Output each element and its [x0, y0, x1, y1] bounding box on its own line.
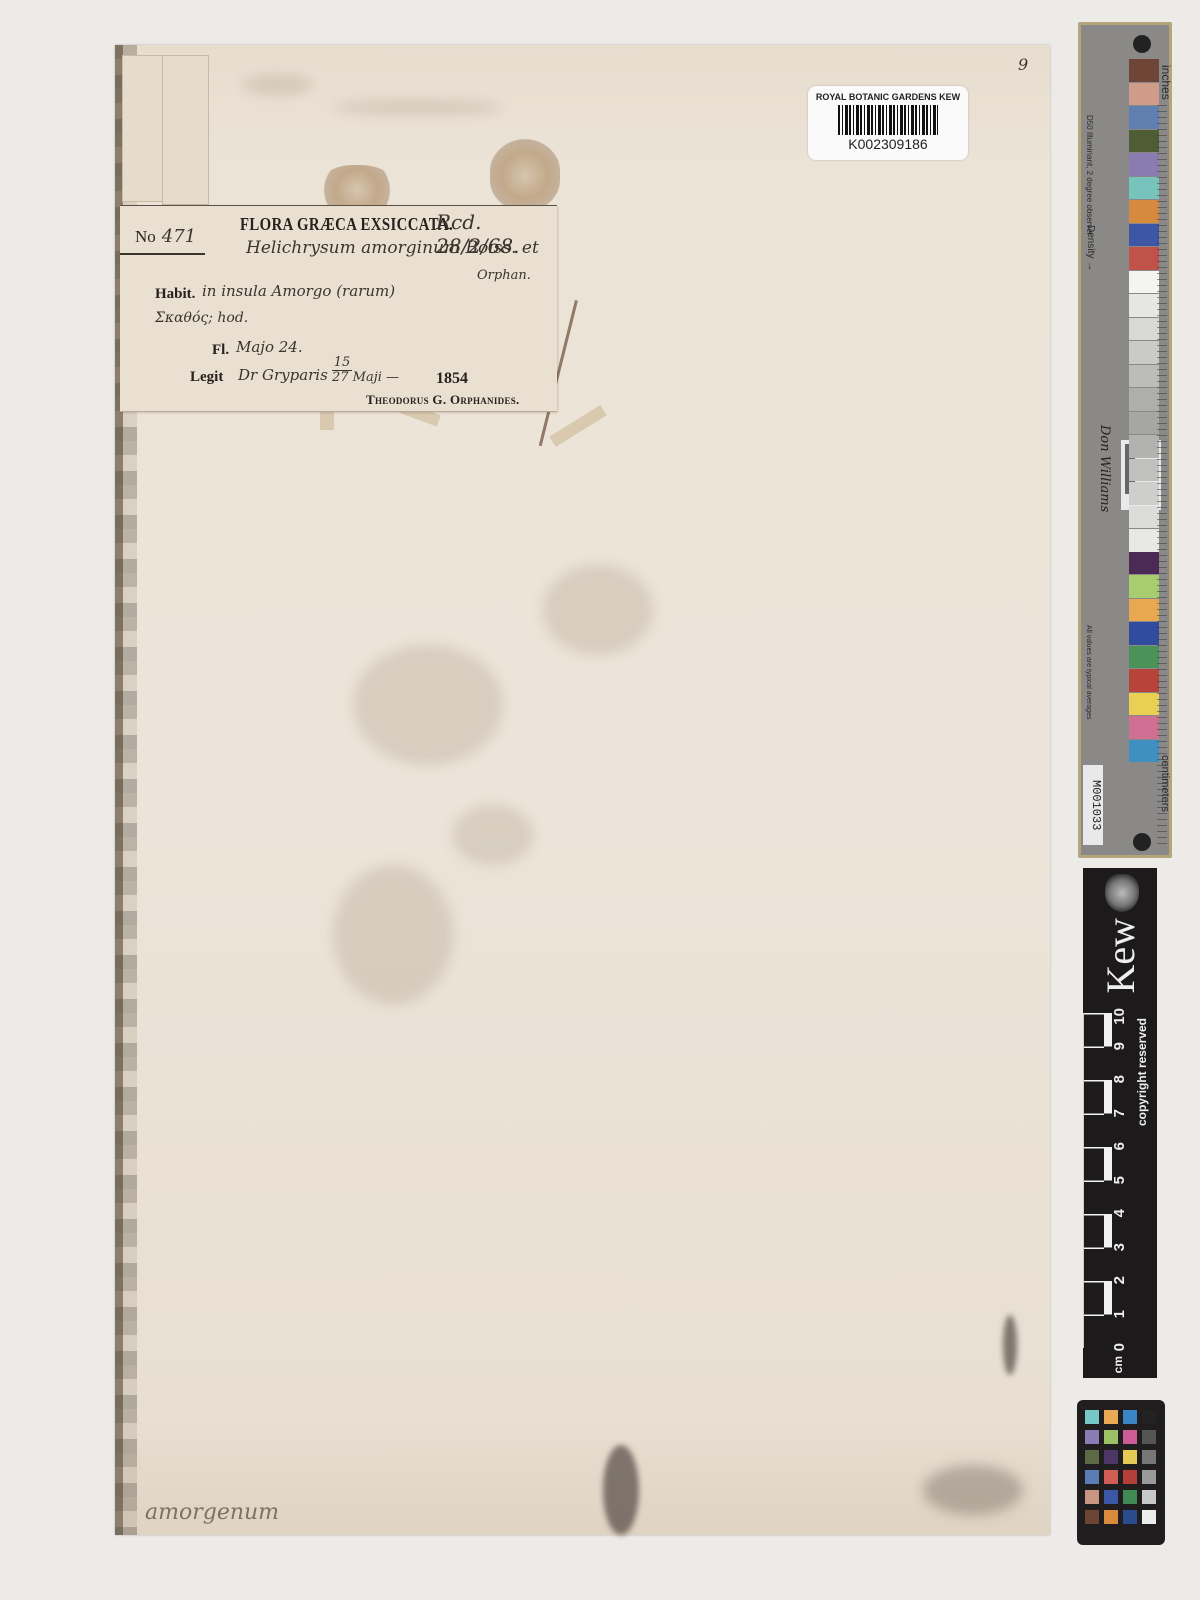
- colour-patch: [1129, 153, 1159, 176]
- species-name: Helichrysum amorginum Boiss. et: [246, 238, 539, 258]
- checker-patch: [1142, 1510, 1156, 1524]
- colour-patch: [1129, 599, 1159, 622]
- colour-patch: [1129, 200, 1159, 223]
- scale-number: 5: [1111, 1176, 1128, 1184]
- checker-patch: [1123, 1410, 1137, 1424]
- colour-patch: [1129, 529, 1159, 552]
- checker-patch: [1142, 1450, 1156, 1464]
- checker-patch: [1085, 1470, 1099, 1484]
- colour-patch: [1129, 740, 1159, 763]
- punch-hole-icon: [1133, 35, 1151, 53]
- collector-label: Legit: [190, 369, 223, 386]
- flowering-value: Majo 24.: [236, 338, 303, 356]
- checker-patch: [1104, 1490, 1118, 1504]
- habitat-value-2: Σκαθός; hod.: [155, 310, 248, 326]
- date-numerator: 15: [332, 356, 352, 371]
- kew-crest-icon: [1105, 874, 1139, 912]
- colour-patch: [1129, 646, 1159, 669]
- bottom-annotation: amorgenum: [145, 1500, 279, 1525]
- series-title: FLORA GRÆCA EXSICCATA.: [240, 214, 453, 235]
- scale-number: 6: [1111, 1142, 1128, 1150]
- collection-date: 15 27 Maji —: [332, 356, 399, 385]
- checker-patch: [1085, 1410, 1099, 1424]
- checker-patch: [1142, 1430, 1156, 1444]
- checker-patch: [1104, 1410, 1118, 1424]
- stain: [603, 1445, 639, 1535]
- stain: [1003, 1315, 1017, 1375]
- scale-numbers: 012345678910: [1111, 1016, 1131, 1351]
- colour-patch: [1129, 318, 1159, 341]
- colour-patch: [1129, 365, 1159, 388]
- distributor-name: Theodorus G. Orphanides.: [366, 392, 520, 408]
- colour-calibration-strip: inches centimeters D50 Illuminant, 2 deg…: [1078, 22, 1172, 858]
- unit-inches: inches: [1159, 65, 1173, 100]
- stain: [353, 645, 503, 765]
- checker-patch: [1123, 1490, 1137, 1504]
- density-label: Density →: [1085, 225, 1096, 271]
- strip-footnote: All values are typical averages: [1085, 625, 1092, 720]
- colour-patch: [1129, 552, 1159, 575]
- species-author: Orphan.: [477, 268, 531, 283]
- scale-number: 8: [1111, 1075, 1128, 1083]
- checker-patch: [1142, 1490, 1156, 1504]
- colour-patch: [1129, 59, 1159, 82]
- colour-patch: [1129, 482, 1159, 505]
- colour-patch: [1129, 459, 1159, 482]
- colour-patch: [1129, 575, 1159, 598]
- corner-mark: 9: [1018, 55, 1028, 74]
- strip-code: M001033: [1083, 765, 1103, 845]
- stain: [453, 805, 533, 865]
- stain: [543, 565, 653, 655]
- strip-brand: Don Williams: [1097, 425, 1112, 512]
- scale-number: 9: [1111, 1042, 1128, 1050]
- number-value: 471: [162, 226, 196, 247]
- collection-year: 1854: [436, 370, 468, 388]
- checker-patch: [1085, 1490, 1099, 1504]
- colour-patch: [1129, 294, 1159, 317]
- checker-patch: [1104, 1450, 1118, 1464]
- stain: [333, 865, 453, 1005]
- colour-patch: [1129, 506, 1159, 529]
- scale-number: 1: [1111, 1310, 1128, 1318]
- scale-number: 7: [1111, 1109, 1128, 1117]
- colour-patch: [1129, 130, 1159, 153]
- scale-number: 3: [1111, 1243, 1128, 1251]
- barcode-label: ROYAL BOTANIC GARDENS KEW K002309186: [808, 86, 968, 160]
- checker-patch: [1104, 1510, 1118, 1524]
- kew-scale-bar: Kew 012345678910 copyright reserved cm: [1083, 868, 1157, 1378]
- barcode-org: ROYAL BOTANIC GARDENS KEW: [808, 92, 968, 102]
- colour-patch: [1129, 388, 1159, 411]
- checker-patch: [1085, 1450, 1099, 1464]
- colour-patch: [1129, 247, 1159, 270]
- colour-patch: [1129, 341, 1159, 364]
- habitat-label: Habit.: [155, 286, 195, 303]
- colour-patch: [1129, 669, 1159, 692]
- copyright-text: copyright reserved: [1135, 1018, 1149, 1126]
- checker-patch: [1104, 1430, 1118, 1444]
- habitat-value: in insula Amorgo (rarum): [202, 282, 395, 300]
- checker-patch: [1123, 1510, 1137, 1524]
- checker-patch: [1123, 1430, 1137, 1444]
- colour-checker-card: [1077, 1400, 1165, 1545]
- stain: [923, 1465, 1023, 1515]
- colour-patch: [1129, 83, 1159, 106]
- punch-hole-icon: [1133, 833, 1151, 851]
- checker-patch: [1123, 1450, 1137, 1464]
- herbarium-label: No471 FLORA GRÆCA EXSICCATA. Rcd. 28/2/6…: [120, 205, 557, 412]
- colour-patch: [1129, 106, 1159, 129]
- colour-patch: [1129, 224, 1159, 247]
- scale-number: 2: [1111, 1276, 1128, 1284]
- stain: [333, 100, 503, 115]
- illuminant-note: D50 Illuminant, 2 degree observer: [1085, 115, 1094, 236]
- checker-patch: [1085, 1510, 1099, 1524]
- specimen-number: No471: [135, 226, 196, 247]
- colour-patch: [1129, 435, 1159, 458]
- scale-number: 10: [1111, 1008, 1128, 1025]
- checker-patch: [1142, 1470, 1156, 1484]
- scale-unit: cm: [1111, 1356, 1125, 1373]
- divider: [120, 253, 205, 255]
- colour-patch: [1129, 177, 1159, 200]
- scale-number: 4: [1111, 1209, 1128, 1217]
- collector-value: Dr Gryparis: [238, 366, 328, 384]
- colour-patches: [1129, 59, 1159, 763]
- kew-logo: Kew: [1097, 918, 1144, 994]
- colour-patch: [1129, 693, 1159, 716]
- number-prefix: No: [135, 227, 156, 246]
- stain: [243, 75, 313, 95]
- checker-patch: [1104, 1470, 1118, 1484]
- scale-number: 0: [1111, 1343, 1128, 1351]
- cm-scale: [1083, 1013, 1112, 1348]
- checker-patch: [1123, 1470, 1137, 1484]
- colour-patch: [1129, 716, 1159, 739]
- flowering-label: Fl.: [212, 342, 229, 359]
- colour-patch: [1129, 412, 1159, 435]
- barcode-number: K002309186: [808, 136, 968, 152]
- colour-patch: [1129, 622, 1159, 645]
- checker-patch: [1085, 1430, 1099, 1444]
- checker-patch: [1142, 1410, 1156, 1424]
- ruler-ticks: [1157, 105, 1167, 845]
- barcode-icon: [838, 105, 938, 135]
- seed-packet: [162, 55, 209, 205]
- dried-flowerhead: [490, 138, 560, 213]
- colour-patch: [1129, 271, 1159, 294]
- date-denominator: 27 Maji —: [332, 370, 399, 385]
